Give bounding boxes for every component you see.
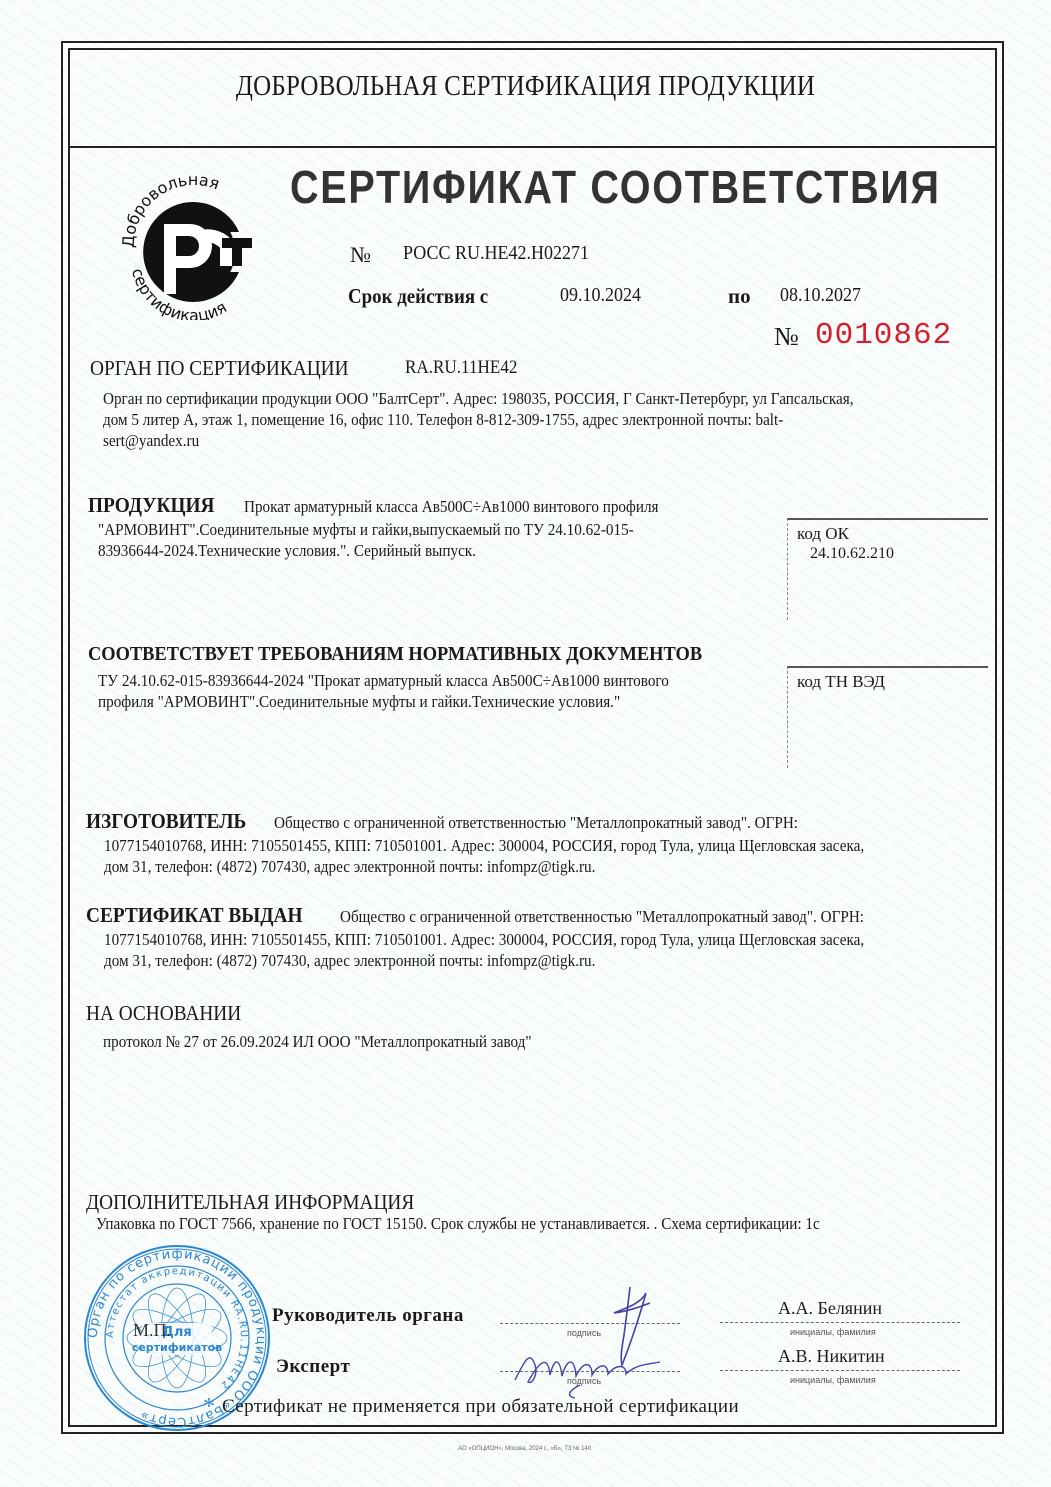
text-line: 1077154010768, ИНН: 7105501455, КПП: 710…	[104, 835, 864, 856]
valid-to-label: по	[728, 284, 751, 309]
manufacturer-heading: ИЗГОТОВИТЕЛЬ	[86, 809, 246, 834]
conformity-heading: СООТВЕТСТВУЕТ ТРЕБОВАНИЯМ НОРМАТИВНЫХ ДО…	[88, 643, 702, 666]
issued-to-details: 1077154010768, ИНН: 7105501455, КПП: 710…	[104, 929, 864, 971]
valid-to-date: 08.10.2027	[780, 284, 861, 307]
head-of-body-label: Руководитель органа	[272, 1305, 464, 1327]
additional-info-text: Упаковка по ГОСТ 7566, хранение по ГОСТ …	[96, 1214, 820, 1234]
code-ok-value: 24.10.62.210	[810, 545, 894, 563]
validity-label: Срок действия с	[348, 284, 488, 309]
head-name-caption: инициалы, фамилия	[790, 1327, 876, 1337]
certification-body-heading: ОРГАН ПО СЕРТИФИКАЦИИ	[90, 356, 349, 381]
product-heading: ПРОДУКЦИЯ	[88, 493, 215, 518]
issued-to-heading: СЕРТИФИКАТ ВЫДАН	[86, 903, 303, 928]
rst-logo-icon: Добровольная сертификация	[112, 160, 272, 320]
manufacturer-first-line: Общество с ограниченной ответственностью…	[274, 813, 798, 833]
certification-body-details: Орган по сертификации продукции ООО "Бал…	[103, 388, 854, 451]
manufacturer-details: 1077154010768, ИНН: 7105501455, КПП: 710…	[104, 835, 864, 877]
code-tnved-label: код ТН ВЭД	[797, 672, 885, 692]
issued-to-first-line: Общество с ограниченной ответственностью…	[340, 907, 864, 927]
valid-from-date: 09.10.2024	[560, 284, 641, 307]
head-signature-caption: подпись	[567, 1328, 601, 1338]
certificate-title: СЕРТИФИКАТ СООТВЕТСТВИЯ	[290, 160, 941, 214]
product-first-line: Прокат арматурный класса Ав500С÷Ав1000 в…	[244, 497, 659, 517]
text-line: дом 31, телефон: (4872) 707430, адрес эл…	[104, 856, 864, 877]
footnote-star-icon: *	[203, 1394, 215, 1421]
basis-heading: НА ОСНОВАНИИ	[86, 1001, 241, 1026]
expert-name: А.В. Никитин	[778, 1346, 885, 1367]
expert-name-caption: инициалы, фамилия	[790, 1375, 876, 1385]
head-name-line	[720, 1322, 960, 1323]
text-line: дом 5 литер А, этаж 1, помещение 16, офи…	[103, 409, 854, 430]
certificate-number: РОСС RU.НЕ42.Н02271	[403, 242, 589, 265]
text-line: 1077154010768, ИНН: 7105501455, КПП: 710…	[104, 929, 864, 950]
text-line: дом 31, телефон: (4872) 707430, адрес эл…	[104, 950, 864, 971]
product-details: "АРМОВИНТ".Соединительные муфты и гайки,…	[98, 519, 634, 561]
text-line: ТУ 24.10.62-015-83936644-2024 "Прокат ар…	[98, 670, 669, 691]
serial-number: 0010862	[815, 318, 952, 353]
printer-imprint: АО «ОПЦИОН», Москва, 2024 г., «Б», Т3 № …	[0, 1446, 1051, 1452]
stamp-place-label: М.П.	[133, 1320, 171, 1341]
text-line: 83936644-2024.Технические условия.". Сер…	[98, 540, 634, 561]
certification-body-code: RA.RU.11НЕ42	[405, 357, 517, 379]
certification-body-heading-row: ОРГАН ПО СЕРТИФИКАЦИИ	[90, 356, 371, 381]
expert-label: Эксперт	[276, 1356, 350, 1378]
text-line: sert@yandex.ru	[103, 430, 854, 451]
text-line: Орган по сертификации продукции ООО "Бал…	[103, 388, 854, 409]
head-name: А.А. Белянин	[778, 1298, 882, 1319]
serial-number-label: №	[774, 322, 799, 352]
additional-info-heading: ДОПОЛНИТЕЛЬНАЯ ИНФОРМАЦИЯ	[86, 1190, 414, 1215]
conformity-details: ТУ 24.10.62-015-83936644-2024 "Прокат ар…	[98, 670, 669, 712]
expert-signature-icon	[510, 1340, 680, 1400]
expert-name-line	[720, 1370, 960, 1371]
text-line: профиля "АРМОВИНТ".Соединительные муфты …	[98, 691, 669, 712]
header-divider	[68, 146, 997, 148]
basis-protocol: протокол № 27 от 26.09.2024 ИЛ ООО "Мета…	[103, 1032, 532, 1052]
footnote-text: Сертификат не применяется при обязательн…	[222, 1396, 739, 1418]
code-ok-label: код ОК	[797, 524, 849, 544]
voluntary-certification-title: ДОБРОВОЛЬНАЯ СЕРТИФИКАЦИЯ ПРОДУКЦИИ	[74, 70, 978, 103]
stamp-center-line2: сертификатов	[132, 1341, 222, 1354]
certificate-number-label: №	[350, 242, 371, 268]
text-line: "АРМОВИНТ".Соединительные муфты и гайки,…	[98, 519, 634, 540]
